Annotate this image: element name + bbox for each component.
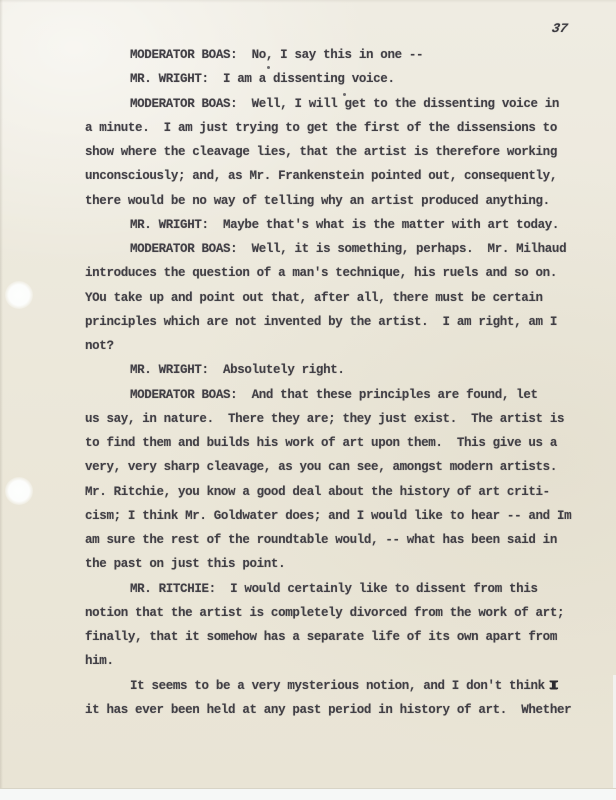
line-text: a minute. I am just trying to get the fi… (85, 121, 557, 135)
line-text: YOu take up and point out that, after al… (85, 291, 543, 305)
text-line: MR. RITCHIE: I would certainly like to d… (85, 581, 590, 605)
line-text: him. (85, 654, 114, 668)
text-line: principles which are not invented by the… (85, 314, 590, 338)
page-number: 37 (551, 21, 569, 36)
line-text: It seems to be a very mysterious notion,… (130, 679, 545, 693)
text-line: Mr. Ritchie, you know a good deal about … (85, 484, 590, 508)
line-text: show where the cleavage lies, that the a… (85, 145, 557, 159)
text-line: YOu take up and point out that, after al… (85, 290, 590, 314)
text-line: there would be no way of telling why an … (85, 193, 590, 217)
text-line: notion that the artist is completely div… (85, 605, 590, 629)
scan-edge-left (0, 0, 3, 789)
scan-edge-bottom (0, 788, 616, 800)
text-line: MODERATOR BOAS: No, I say this in one -- (85, 47, 590, 71)
line-text: MR. WRIGHT: Absolutely right. (130, 363, 345, 377)
line-text: not? (85, 339, 114, 353)
overstruck-character: I (549, 678, 558, 694)
text-line: MR. WRIGHT: Maybe that's what is the mat… (85, 217, 590, 241)
scan-edge-top (0, 0, 616, 3)
line-text: MODERATOR BOAS: Well, it is something, p… (130, 242, 566, 256)
line-text: very, very sharp cleavage, as you can se… (85, 460, 557, 474)
text-line: the past on just this point. (85, 556, 590, 580)
line-text: us say, in nature. There they are; they … (85, 412, 564, 426)
punch-hole-top (5, 281, 33, 309)
line-text: introduces the question of a man's techn… (85, 266, 557, 280)
line-text: to find them and builds his work of art … (85, 436, 557, 450)
line-text: MODERATOR BOAS: Well, I will get to the … (130, 97, 559, 111)
text-line: him. (85, 653, 590, 677)
text-line: it has ever been held at any past period… (85, 702, 590, 726)
line-text: MR. WRIGHT: I am a dissenting voice. (130, 72, 395, 86)
text-line: MR. WRIGHT: I am a dissenting voice. (85, 71, 590, 95)
text-line: introduces the question of a man's techn… (85, 265, 590, 289)
text-line: to find them and builds his work of art … (85, 435, 590, 459)
line-text: unconsciously; and, as Mr. Frankenstein … (85, 169, 557, 183)
line-text: finally, that it somehow has a separate … (85, 630, 557, 644)
line-text: principles which are not invented by the… (85, 315, 557, 329)
line-text: MR. RITCHIE: I would certainly like to d… (130, 582, 538, 596)
text-line: am sure the rest of the roundtable would… (85, 532, 590, 556)
text-line: very, very sharp cleavage, as you can se… (85, 459, 590, 483)
line-text: MODERATOR BOAS: And that these principle… (130, 388, 538, 402)
text-line: unconsciously; and, as Mr. Frankenstein … (85, 168, 590, 192)
line-text: it has ever been held at any past period… (85, 703, 571, 717)
document-text: MODERATOR BOAS: No, I say this in one --… (85, 47, 590, 726)
line-text: am sure the rest of the roundtable would… (85, 533, 557, 547)
text-line: us say, in nature. There they are; they … (85, 411, 590, 435)
line-text: MR. WRIGHT: Maybe that's what is the mat… (130, 218, 559, 232)
text-line: show where the cleavage lies, that the a… (85, 144, 590, 168)
text-line: MODERATOR BOAS: Well, I will get to the … (85, 96, 590, 120)
text-line: not? (85, 338, 590, 362)
text-line: It seems to be a very mysterious notion,… (85, 678, 590, 702)
punch-hole-bottom (5, 477, 33, 505)
scanned-page: 37 MODERATOR BOAS: No, I say this in one… (0, 0, 616, 800)
line-text: Mr. Ritchie, you know a good deal about … (85, 485, 550, 499)
text-line: finally, that it somehow has a separate … (85, 629, 590, 653)
text-line: MODERATOR BOAS: Well, it is something, p… (85, 241, 590, 265)
text-line: MODERATOR BOAS: And that these principle… (85, 387, 590, 411)
line-text: the past on just this point. (85, 557, 285, 571)
line-text: cism; I think Mr. Goldwater does; and I … (85, 509, 571, 523)
text-line: a minute. I am just trying to get the fi… (85, 120, 590, 144)
text-line: MR. WRIGHT: Absolutely right. (85, 362, 590, 386)
text-line: cism; I think Mr. Goldwater does; and I … (85, 508, 590, 532)
line-text: MODERATOR BOAS: No, I say this in one -- (130, 48, 423, 62)
line-text: there would be no way of telling why an … (85, 194, 550, 208)
line-text: notion that the artist is completely div… (85, 606, 564, 620)
